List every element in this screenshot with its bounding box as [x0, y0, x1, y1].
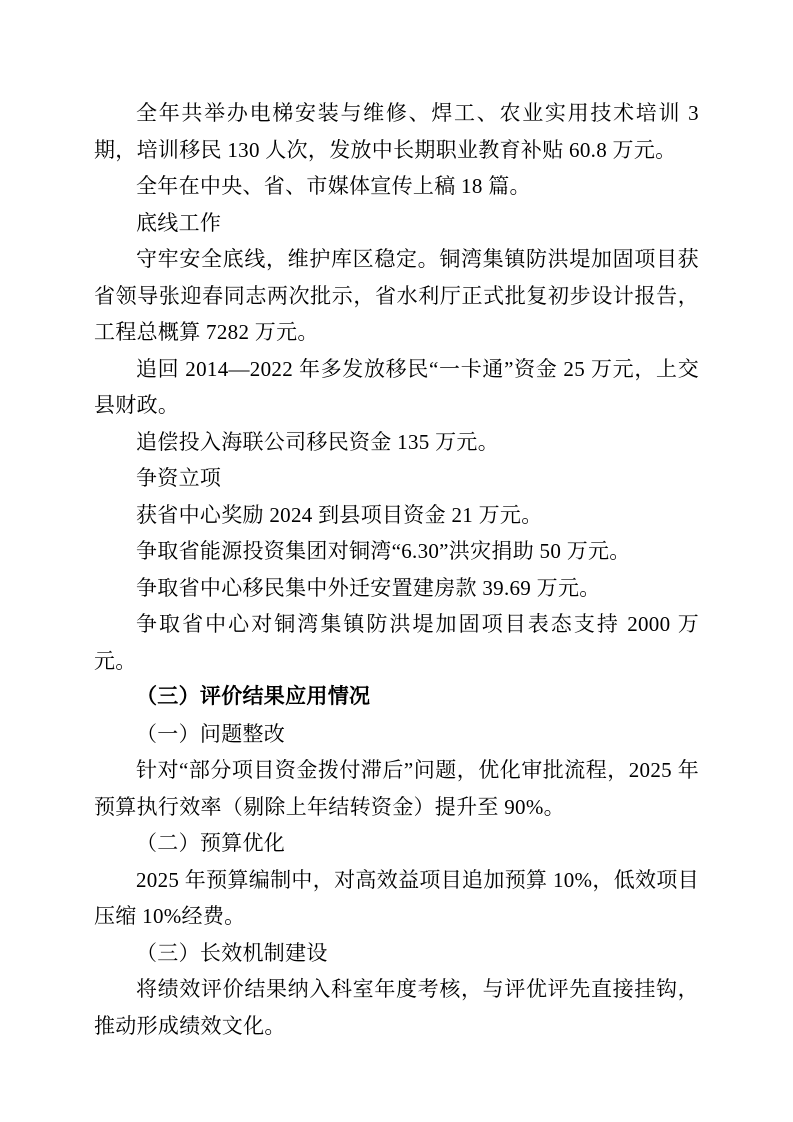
document-page: 全年共举办电梯安装与维修、焊工、农业实用技术培训 3 期，培训移民 130 人次… — [0, 0, 793, 1122]
paragraph-compensation-funds: 追偿投入海联公司移民资金 135 万元。 — [94, 424, 699, 461]
section-heading-evaluation-results: （三）评价结果应用情况 — [94, 679, 699, 716]
paragraph-safety-flood-project: 守牢安全底线，维护库区稳定。铜湾集镇防洪堤加固项目获省领导张迎春同志两次批示，省… — [94, 241, 699, 351]
paragraph-flood-donation: 争取省能源投资集团对铜湾“6.30”洪灾捐助 50 万元。 — [94, 533, 699, 570]
paragraph-mechanism-detail: 将绩效评价结果纳入科室年度考核，与评优评先直接挂钩，推动形成绩效文化。 — [94, 971, 699, 1044]
subsection-budget-optimization: （二）预算优化 — [94, 825, 699, 862]
paragraph-media-publicity: 全年在中央、省、市媒体宣传上稿 18 篇。 — [94, 168, 699, 205]
paragraph-budget-detail: 2025 年预算编制中，对高效益项目追加预算 10%，低效项目压缩 10%经费。 — [94, 862, 699, 935]
paragraph-provincial-reward: 获省中心奖励 2024 到县项目资金 21 万元。 — [94, 497, 699, 534]
subsection-longterm-mechanism: （三）长效机制建设 — [94, 935, 699, 972]
document-body: 全年共举办电梯安装与维修、焊工、农业实用技术培训 3 期，培训移民 130 人次… — [94, 95, 699, 1044]
paragraph-rectification-detail: 针对“部分项目资金拨付滞后”问题，优化审批流程，2025 年预算执行效率（剔除上… — [94, 752, 699, 825]
paragraph-relocation-housing: 争取省中心移民集中外迁安置建房款 39.69 万元。 — [94, 570, 699, 607]
paragraph-training: 全年共举办电梯安装与维修、焊工、农业实用技术培训 3 期，培训移民 130 人次… — [94, 95, 699, 168]
paragraph-bottomline-label: 底线工作 — [94, 205, 699, 242]
subsection-problem-rectification: （一）问题整改 — [94, 716, 699, 753]
paragraph-recovered-funds: 追回 2014—2022 年多发放移民“一卡通”资金 25 万元，上交县财政。 — [94, 351, 699, 424]
paragraph-funding-label: 争资立项 — [94, 460, 699, 497]
paragraph-dike-support: 争取省中心对铜湾集镇防洪堤加固项目表态支持 2000 万元。 — [94, 606, 699, 679]
